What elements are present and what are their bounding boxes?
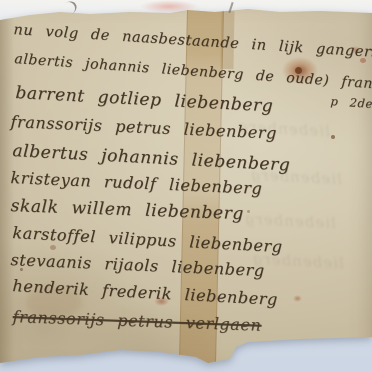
pink-smudge [140, 0, 198, 13]
paper: liebenberg liebenberg liebenberg liebenb… [0, 0, 372, 372]
ink-show-through: liebenberg [244, 210, 337, 233]
handwriting-line-struck: franssorijs petrus verlgaen [12, 307, 261, 335]
stain [293, 295, 302, 302]
ink-speck [331, 135, 335, 139]
handwriting-line: stevaanis rijaols liebenberg [10, 250, 265, 280]
photo-background: liebenberg liebenberg liebenberg liebenb… [0, 0, 372, 372]
handwriting-line: barrent gotliep liebenberg [15, 83, 274, 116]
handwriting-line: franssorijs petrus liebenberg [10, 112, 277, 143]
handwriting-line: kristeyan rudolf liebenberg [10, 168, 263, 198]
stain [50, 245, 56, 250]
paper-shadow: liebenberg liebenberg liebenberg liebenb… [0, 0, 372, 372]
margin-note: p 2de [330, 94, 372, 111]
